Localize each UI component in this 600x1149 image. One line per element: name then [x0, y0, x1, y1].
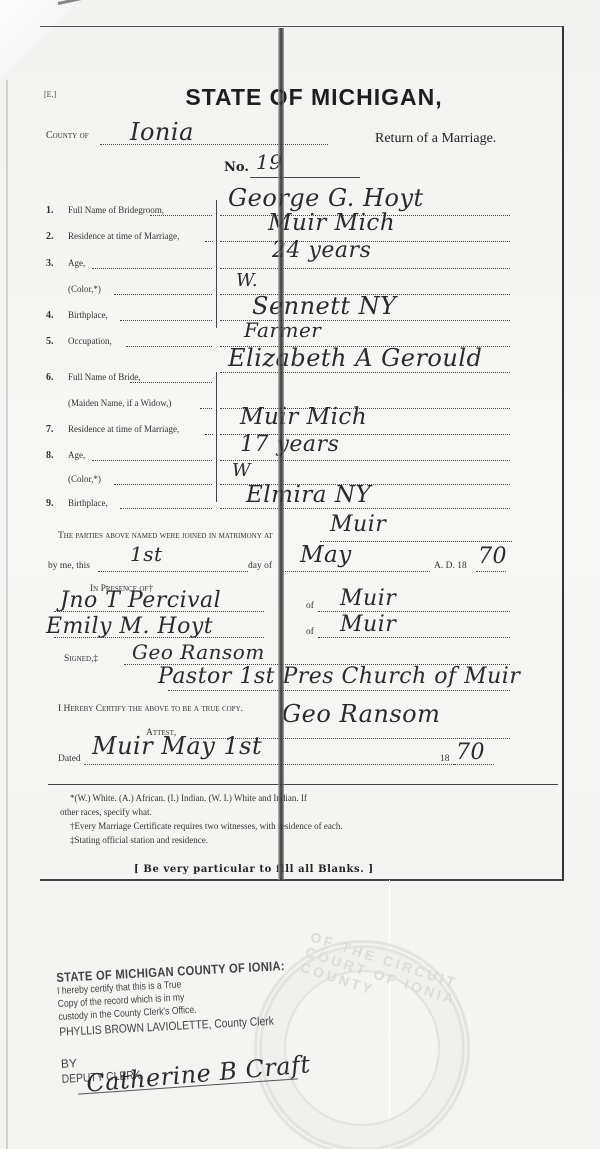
groom-birthplace-value: Sennett NY: [252, 292, 397, 320]
bride-residence-value: Muir Mich: [240, 404, 367, 430]
dotline: [92, 268, 212, 269]
number-label: No.: [224, 160, 249, 175]
fill-blanks-instruction: [ Be very particular to fill all Blanks.…: [134, 864, 374, 875]
footnote-color: *(W.) White. (A.) African. (I.) Indian. …: [60, 791, 480, 805]
dotline: [205, 434, 213, 435]
certify-text: I Hereby Certify the above to be a true …: [58, 704, 243, 714]
page-edge: [6, 80, 8, 1149]
dotline: [476, 571, 506, 572]
bride-name-value: Elizabeth A Gerould: [228, 344, 482, 372]
dotline: [205, 241, 213, 242]
dotline: [126, 346, 212, 347]
page-title: STATE OF MICHIGAN,: [0, 84, 600, 111]
signed-title-value: Pastor 1st Pres Church of Muir: [158, 664, 520, 689]
footnote-official: ‡Stating official station and residence.: [60, 833, 480, 847]
field-label-bride-name: 6.Full Name of Bride,: [46, 372, 141, 383]
field-label-bride-maiden-name: (Maiden Name, if a Widow,): [46, 398, 171, 408]
field-label-bride-birthplace: 9.Birthplace,: [46, 498, 108, 509]
witness-1-residence: Muir: [340, 586, 396, 611]
dotline: [200, 408, 212, 409]
footnote-witnesses: †Every Marriage Certificate requires two…: [60, 819, 480, 833]
county-label: County of: [46, 130, 89, 141]
groom-color-value: W.: [236, 270, 258, 291]
by-me-label: by me, this: [48, 561, 90, 571]
signed-label: Signed,‡: [64, 654, 98, 664]
field-label-bride-residence: 7.Residence at time of Marriage,: [46, 424, 179, 435]
dotline: [150, 215, 212, 216]
dotline: [54, 611, 264, 612]
bride-color-value: W: [232, 460, 251, 481]
witness-1-of-label: of: [306, 601, 314, 611]
dotline: [130, 382, 212, 383]
groom-residence-value: Muir Mich: [268, 210, 395, 236]
dotline: [318, 637, 510, 638]
field-label-groom-occupation: 5.Occupation,: [46, 336, 112, 347]
column-divider-groom: [216, 200, 217, 328]
divider-rule: [48, 784, 558, 785]
number-line: [250, 177, 360, 178]
footnotes: *(W.) White. (A.) African. (I.) Indian. …: [60, 791, 480, 847]
bride-age-value: 17 years: [240, 432, 339, 457]
dated-value: Muir May 1st: [92, 732, 262, 760]
field-label-groom-color: (Color,*): [46, 284, 101, 294]
witness-2-residence: Muir: [340, 612, 396, 637]
field-label-bride-color: (Color,*): [46, 474, 101, 484]
dotline: [168, 690, 510, 691]
field-label-groom-age: 3.Age,: [46, 258, 85, 269]
dotline: [120, 508, 212, 509]
attest-name-value: Geo Ransom: [282, 700, 440, 728]
month-value: May: [300, 542, 352, 568]
certify-label: I Hereby Certify the above to be a true …: [58, 704, 243, 714]
joined-label: The parties above named were joined in m…: [58, 531, 273, 541]
county-value: Ionia: [130, 118, 194, 146]
signed-name-value: Geo Ransom: [132, 640, 265, 664]
footnote-color-cont: other races, specify what.: [60, 805, 480, 819]
dotline: [120, 320, 212, 321]
field-label-bride-age: 8.Age,: [46, 450, 85, 461]
dotline: [220, 508, 510, 509]
field-label-groom-birthplace: 4.Birthplace,: [46, 310, 108, 321]
dotline: [84, 764, 454, 765]
year-value: 70: [478, 544, 507, 569]
joined-place-value: Muir: [330, 512, 386, 537]
dated-year-value: 70: [456, 740, 485, 765]
groom-age-value: 24 years: [272, 238, 371, 263]
dated-label: Dated: [58, 754, 81, 764]
groom-name-value: George G. Hoyt: [228, 184, 424, 212]
document-sheet: [E.] STATE OF MICHIGAN, County of Ionia …: [0, 0, 600, 1149]
dotline: [282, 571, 430, 572]
dotline: [220, 268, 510, 269]
dotline: [220, 460, 510, 461]
center-fold-shadow: [278, 28, 284, 880]
day-value: 1st: [130, 542, 163, 566]
ad-label: A. D. 18: [434, 561, 467, 571]
dotline: [98, 571, 248, 572]
dotline: [220, 372, 510, 373]
dated-year-label: 18: [440, 754, 450, 764]
bride-birthplace-value: Elmira NY: [246, 482, 371, 508]
return-label: Return of a Marriage.: [375, 131, 496, 147]
field-label-groom-name: 1.Full Name of Bridegroom,: [46, 205, 164, 216]
witness-2-of-label: of: [306, 627, 314, 637]
witness-2-name: Emily M. Hoyt: [46, 614, 213, 639]
dotline: [114, 294, 212, 295]
column-divider-bride: [216, 372, 217, 502]
witness-1-name: Jno T Percival: [60, 588, 221, 613]
dotline: [54, 637, 264, 638]
field-label-groom-residence: 2.Residence at time of Marriage,: [46, 231, 179, 242]
dotline: [92, 460, 212, 461]
dotline: [114, 484, 212, 485]
day-of-label: day of: [248, 561, 272, 571]
